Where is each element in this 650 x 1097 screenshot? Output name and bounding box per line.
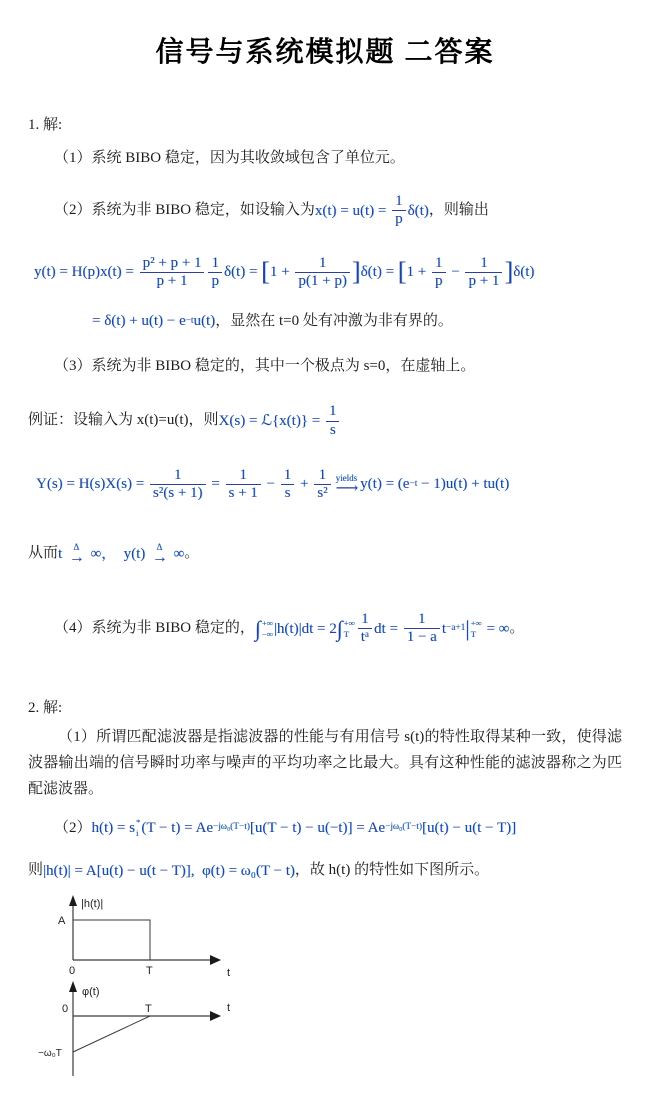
formula-ht: h(t) = s*i(T − t) = Ae−jω₀(T−t)[u(T − t)… [92,817,517,840]
item2-2-label: （2） [54,820,92,836]
formula-yt: y(t) = H(p)x(t) = p² + p + 1p + 11pδ(t) … [34,255,534,291]
top-amplitude-label: A [58,915,66,927]
item-2-text-post: ，则输出 [429,202,489,218]
formula-Ys-line: Y(s) = H(s)X(s) = 1s²(s + 1) = 1s + 1 − … [36,467,622,503]
rect-pulse [73,920,150,960]
top-y-axis-label: |h(t)| [81,898,103,910]
answer-2-magnitude-phase-line: 则|h(t)| = A[u(t) − u(t − T)], φ(t) = ω₀(… [28,859,622,882]
hT-phase-plot: |h(t)| A 0 T t φ(t) 0 T t −ω₀T [36,894,266,1082]
example-line: 例证：设输入为 x(t)=u(t)，则X(s) = ℒ{x(t)} = 1s [28,403,622,439]
answer-1-item-1: （1）系统 BIBO 稳定，因为其收敛域包含了单位元。 [28,147,622,170]
yt-continuation-text: ，显然在 t=0 处有冲激为非有界的。 [215,313,453,329]
answer-1-heading: 1. 解: [28,114,622,137]
item-4-text-post: 。 [509,620,524,636]
formula-integral: ∫+∞−∞|h(t)|dt = 2∫+∞T1tᵃdt = 11 − at−a+1… [255,611,510,647]
answer-1-item-3: （3）系统为非 BIBO 稳定的，其中一个极点为 s=0，在虚轴上。 [28,355,622,378]
top-x-axis-label: t [227,967,230,979]
then-text: 则 [28,862,43,878]
answer-2-paragraph-1: （1）所谓匹配滤波器是指滤波器的性能与有用信号 s(t)的特性取得某种一致，使得… [28,725,622,802]
top-T-label: T [146,965,153,977]
magnitude-phase-text-post: ，故 h(t) 的特性如下图所示。 [295,862,489,878]
characteristic-diagram: |h(t)| A 0 T t φ(t) 0 T t −ω₀T [36,894,622,1087]
answer-1-item-4: （4）系统为非 BIBO 稳定的，∫+∞−∞|h(t)|dt = 2∫+∞T1t… [28,611,622,647]
item-2-text-pre: （2）系统为非 BIBO 稳定，如设输入为 [54,202,315,218]
bottom-x-arrowhead [210,1011,221,1021]
bottom-x-axis-label: t [227,1002,230,1014]
formula-yt-continuation: = δ(t) + u(t) − e−tu(t)，显然在 t=0 处有冲激为非有界… [92,310,622,333]
top-origin-label: 0 [69,965,75,977]
page-title: 信号与系统模拟题 二答案 [28,30,622,70]
top-y-arrowhead [69,895,77,906]
formula-yt2: = δ(t) + u(t) − e−tu(t) [92,310,215,333]
formula-input-x: x(t) = u(t) = 1pδ(t) [315,193,429,229]
formula-yt-line: y(t) = H(p)x(t) = p² + p + 1p + 11pδ(t) … [34,255,622,291]
item-4-text-pre: （4）系统为非 BIBO 稳定的， [54,620,255,636]
bottom-y-arrowhead [69,981,77,992]
formula-habs-phase: |h(t)| = A[u(t) − u(t − T)], φ(t) = ω₀(T… [43,860,295,883]
example-text-pre: 例证：设输入为 x(t)=u(t)，则 [28,413,219,429]
formula-Xs: X(s) = ℒ{x(t)} = 1s [219,403,342,439]
consequence-line: 从而t Δ→ ∞， y(t) Δ→ ∞。 [28,542,622,565]
formula-limit: t Δ→ ∞， y(t) Δ→ ∞ [58,543,184,566]
phase-min-label: −ω₀T [38,1048,62,1059]
phase-ramp-line [73,1016,150,1052]
answer-2-item-2: （2）h(t) = s*i(T − t) = Ae−jω₀(T−t)[u(T −… [28,817,622,840]
formula-Ys: Y(s) = H(s)X(s) = 1s²(s + 1) = 1s + 1 − … [36,467,509,503]
answer-2-heading: 2. 解: [28,697,622,720]
answer-1-item-2: （2）系统为非 BIBO 稳定，如设输入为x(t) = u(t) = 1pδ(t… [28,193,622,229]
consequence-text-post: 。 [184,545,199,561]
bottom-y-axis-label: φ(t) [82,986,100,998]
bottom-T-label: T [145,1003,152,1015]
top-x-arrowhead [210,955,221,965]
consequence-text-pre: 从而 [28,545,58,561]
document-page: 信号与系统模拟题 二答案 1. 解: （1）系统 BIBO 稳定，因为其收敛域包… [0,0,650,1097]
bottom-origin-label: 0 [62,1003,68,1015]
